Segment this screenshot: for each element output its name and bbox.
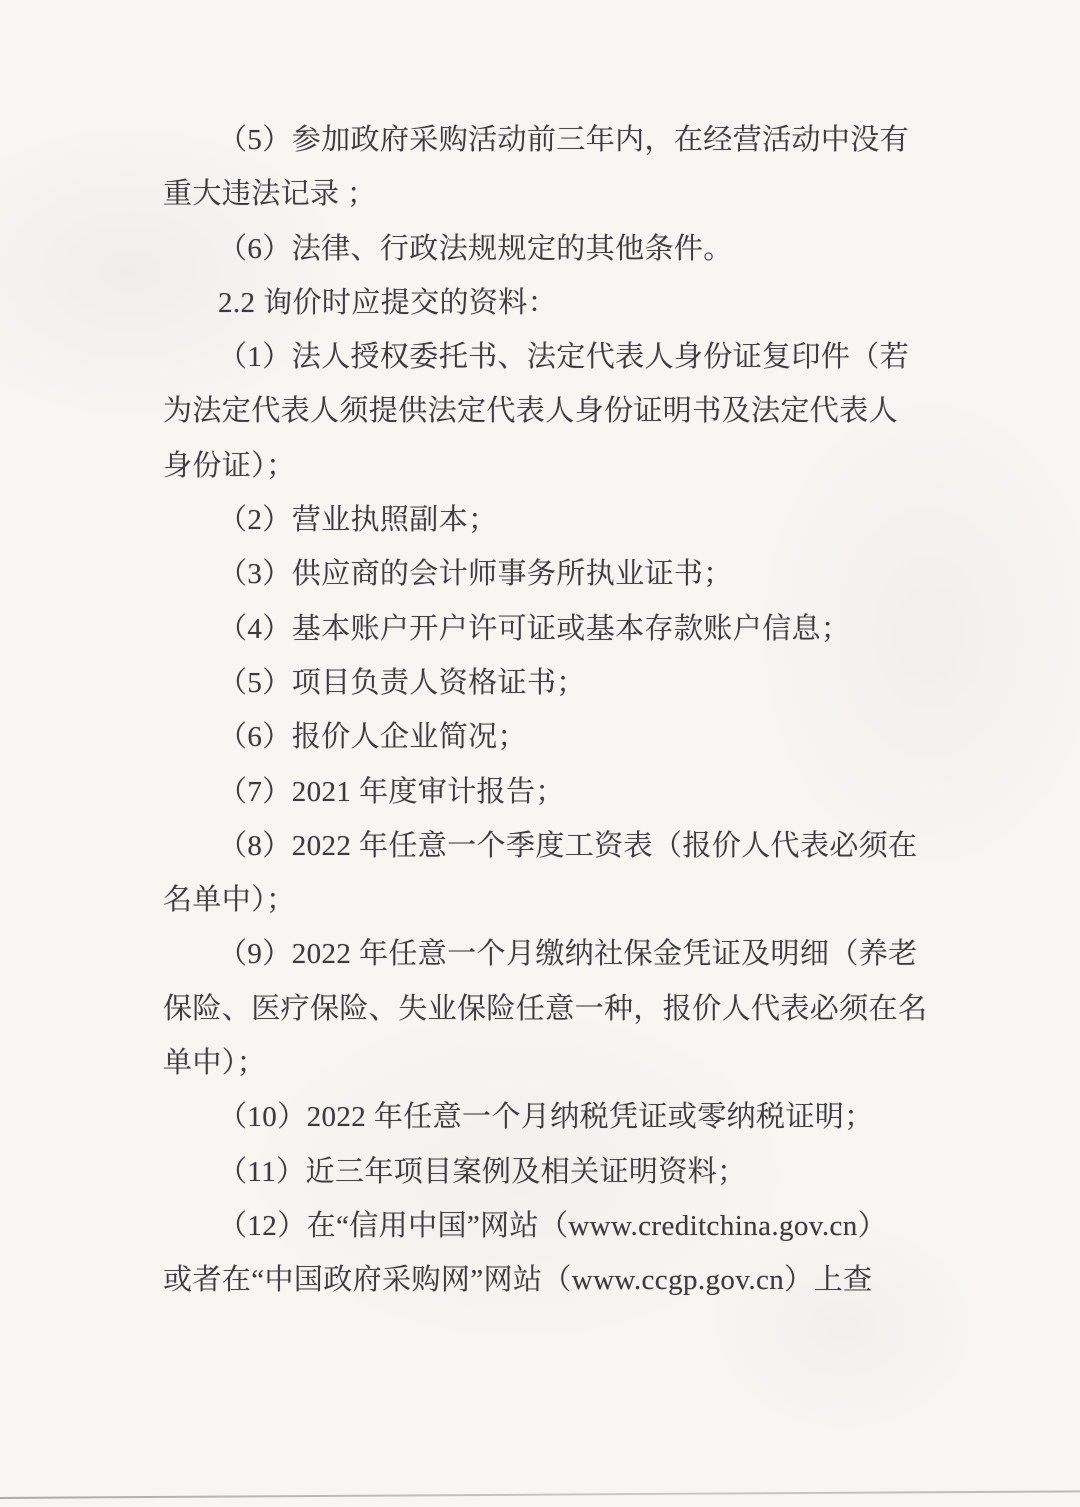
text-line: 保险、医疗保险、失业保险任意一种，报价人代表必须在名: [163, 982, 925, 1036]
text-line: （5）项目负责人资格证书；: [163, 656, 925, 710]
text-line: 为法定代表人须提供法定代表人身份证明书及法定代表人: [163, 384, 925, 438]
document-text-block: （5）参加政府采购活动前三年内，在经营活动中没有重大违法记录 ；（6）法律、行政…: [163, 113, 925, 1308]
text-line: 重大违法记录 ；: [163, 167, 925, 221]
text-line: （7）2021 年度审计报告；: [163, 765, 925, 819]
text-line: 或者在“中国政府采购网”网站（www.ccgp.gov.cn）上查: [163, 1253, 925, 1307]
text-line: （1）法人授权委托书、法定代表人身份证复印件（若: [163, 330, 925, 384]
text-line: （6）法律、行政法规规定的其他条件。: [163, 222, 925, 276]
text-line: （5）参加政府采购活动前三年内，在经营活动中没有: [163, 113, 925, 167]
text-line: 身份证）；: [163, 439, 925, 493]
text-line: 名单中）；: [163, 873, 925, 927]
text-line: （11）近三年项目案例及相关证明资料；: [163, 1145, 925, 1199]
text-line: （8）2022 年任意一个季度工资表（报价人代表必须在: [163, 819, 925, 873]
text-line: （4）基本账户开户许可证或基本存款账户信息；: [163, 602, 925, 656]
text-line: （10）2022 年任意一个月纳税凭证或零纳税证明；: [163, 1090, 925, 1144]
text-line: （12）在“信用中国”网站（www.creditchina.gov.cn）: [163, 1199, 925, 1253]
text-line: 单中）；: [163, 1036, 925, 1090]
text-line: （9）2022 年任意一个月缴纳社保金凭证及明细（养老: [163, 927, 925, 981]
text-line: （2）营业执照副本；: [163, 493, 925, 547]
scanned-document-page: { "page": { "background_color": "#f7f6f3…: [0, 0, 1080, 1507]
text-line: 2.2 询价时应提交的资料：: [163, 276, 925, 330]
text-line: （3）供应商的会计师事务所执业证书；: [163, 547, 925, 601]
scan-paper-edge-line: [0, 1490, 1080, 1498]
text-line: （6）报价人企业简况；: [163, 710, 925, 764]
